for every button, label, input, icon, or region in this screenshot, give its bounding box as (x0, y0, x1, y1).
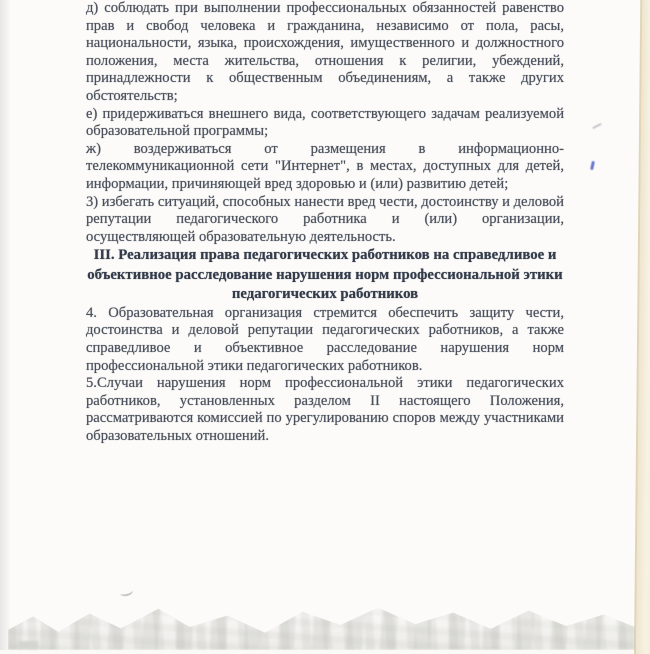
paragraph-item-zh: ж) воздерживаться от размещения в информ… (86, 141, 564, 194)
document-text-column: д) соблюдать при выполнении профессионал… (86, 0, 564, 446)
paragraph-item-e: е) придерживаться внешнего вида, соответ… (86, 106, 564, 141)
scan-left-shadow (0, 0, 13, 650)
scanned-document-page: д) соблюдать при выполнении профессионал… (0, 0, 650, 650)
paragraph-item-d: д) соблюдать при выполнении профессионал… (86, 0, 564, 106)
paragraph-item-5: 5.Случаи нарушения норм профессиональной… (86, 375, 564, 445)
blue-ink-speck (590, 161, 595, 170)
bottom-left-smudge (18, 641, 38, 649)
paragraph-item-z: 3) избегать ситуаций, способных нанести … (86, 194, 564, 247)
paragraph-item-4: 4. Образовательная организация стремится… (86, 305, 564, 375)
section-iii-heading: III. Реализация права педагогических раб… (86, 246, 564, 305)
gray-pen-squiggle (119, 587, 134, 598)
pencil-dash-mark (592, 123, 602, 129)
scan-noise-band (8, 602, 635, 650)
page-right-edge (634, 0, 650, 650)
